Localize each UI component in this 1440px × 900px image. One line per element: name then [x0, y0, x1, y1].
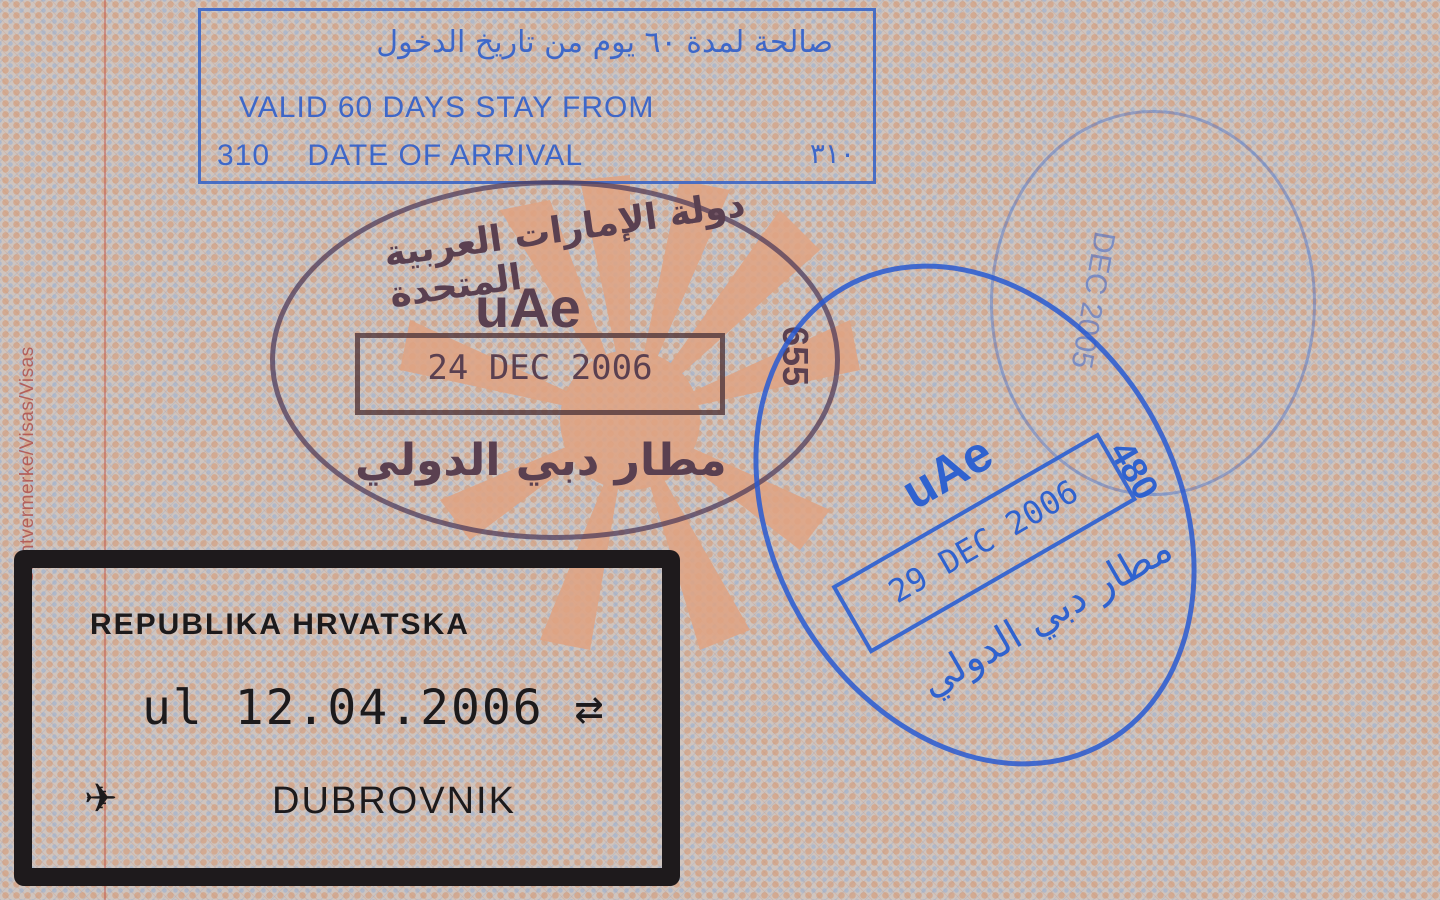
visa-number: 310 — [217, 139, 270, 172]
visa-arabic-number: ٣١٠ — [810, 137, 855, 170]
croatia-date: ul 12.04.2006 ⇄ — [142, 680, 605, 736]
visa-arabic-text: صالحة لمدة ٦٠ يوم من تاريخ الدخول — [376, 25, 833, 60]
uae-entry-code: uAe — [475, 275, 581, 340]
uae-entry-date: 24 DEC 2006 — [355, 333, 725, 415]
visa-validity-line: VALID 60 DAYS STAY FROM — [239, 91, 654, 125]
uae-entry-arabic-top: دولة الإمارات العربية المتحدة — [381, 172, 838, 316]
page-side-label: Sichtvermerke/Visas/Visas — [17, 203, 39, 583]
croatia-place: DUBROVNIK — [272, 780, 516, 823]
uae-entry-arabic-bottom: مطار دبي الدولي — [355, 435, 727, 486]
croatia-entry-stamp: REPUBLIKA HRVATSKA ul 12.04.2006 ⇄ ✈ DUB… — [14, 550, 680, 886]
visa-arrival-text: DATE OF ARRIVAL — [307, 139, 583, 172]
croatia-country: REPUBLIKA HRVATSKA — [90, 608, 470, 642]
visa-arrival-line: 310 DATE OF ARRIVAL — [217, 139, 583, 173]
visa-validity-stamp: صالحة لمدة ٦٠ يوم من تاريخ الدخول VALID … — [198, 8, 876, 184]
airplane-icon: ✈ — [84, 776, 118, 822]
